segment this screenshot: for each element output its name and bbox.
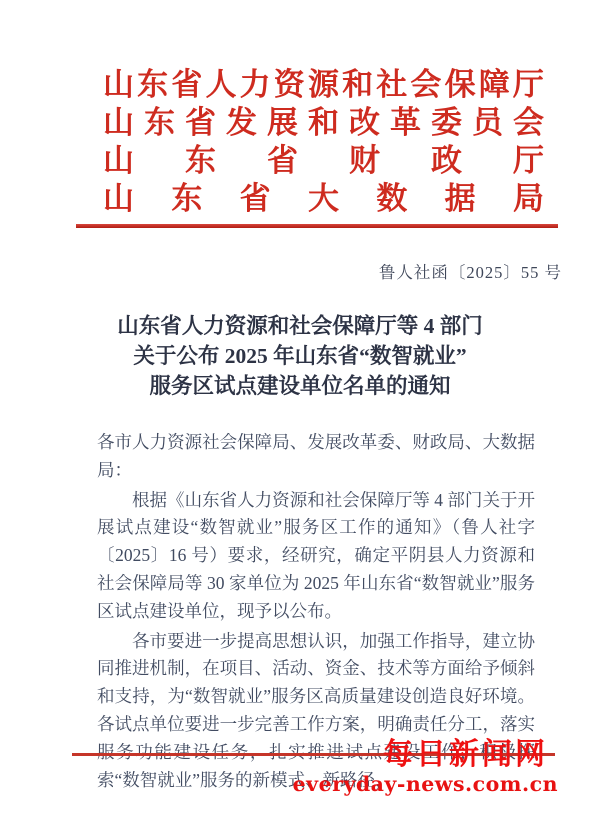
letterhead: 山东省人力资源和社会保障厅 山东省发展和改革委员会 山东省财政厅 山东省大数据局 xyxy=(103,66,544,218)
department-name-line-4: 山东省大数据局 xyxy=(103,180,544,218)
watermark-site-name: 每日新闻网 xyxy=(383,739,545,771)
document-title: 山东省人力资源和社会保障厅等 4 部门 关于公布 2025 年山东省“数智就业”… xyxy=(30,311,570,401)
document-title-line-3: 服务区试点建设单位名单的通知 xyxy=(30,371,570,401)
document-title-line-2: 关于公布 2025 年山东省“数智就业” xyxy=(30,341,570,371)
salutation-line: 各市人力资源社会保障局、发展改革委、财政局、大数据局： xyxy=(97,429,535,485)
scanned-document-page: 山东省人力资源和社会保障厅 山东省发展和改革委员会 山东省财政厅 山东省大数据局… xyxy=(0,0,600,815)
department-name-line-3: 山东省财政厅 xyxy=(103,142,544,180)
document-title-line-1: 山东省人力资源和社会保障厅等 4 部门 xyxy=(30,311,570,341)
department-name-line-2: 山东省发展和改革委员会 xyxy=(103,104,544,142)
watermark-site-url: everyday-news.com.cn xyxy=(293,772,558,796)
red-separator-rule xyxy=(76,224,558,228)
body-paragraph: 根据《山东省人力资源和社会保障厅等 4 部门关于开展试点建设“数智就业”服务区工… xyxy=(97,487,535,626)
document-number: 鲁人社函〔2025〕55 号 xyxy=(379,259,562,283)
department-name-line-1: 山东省人力资源和社会保障厅 xyxy=(103,66,544,104)
